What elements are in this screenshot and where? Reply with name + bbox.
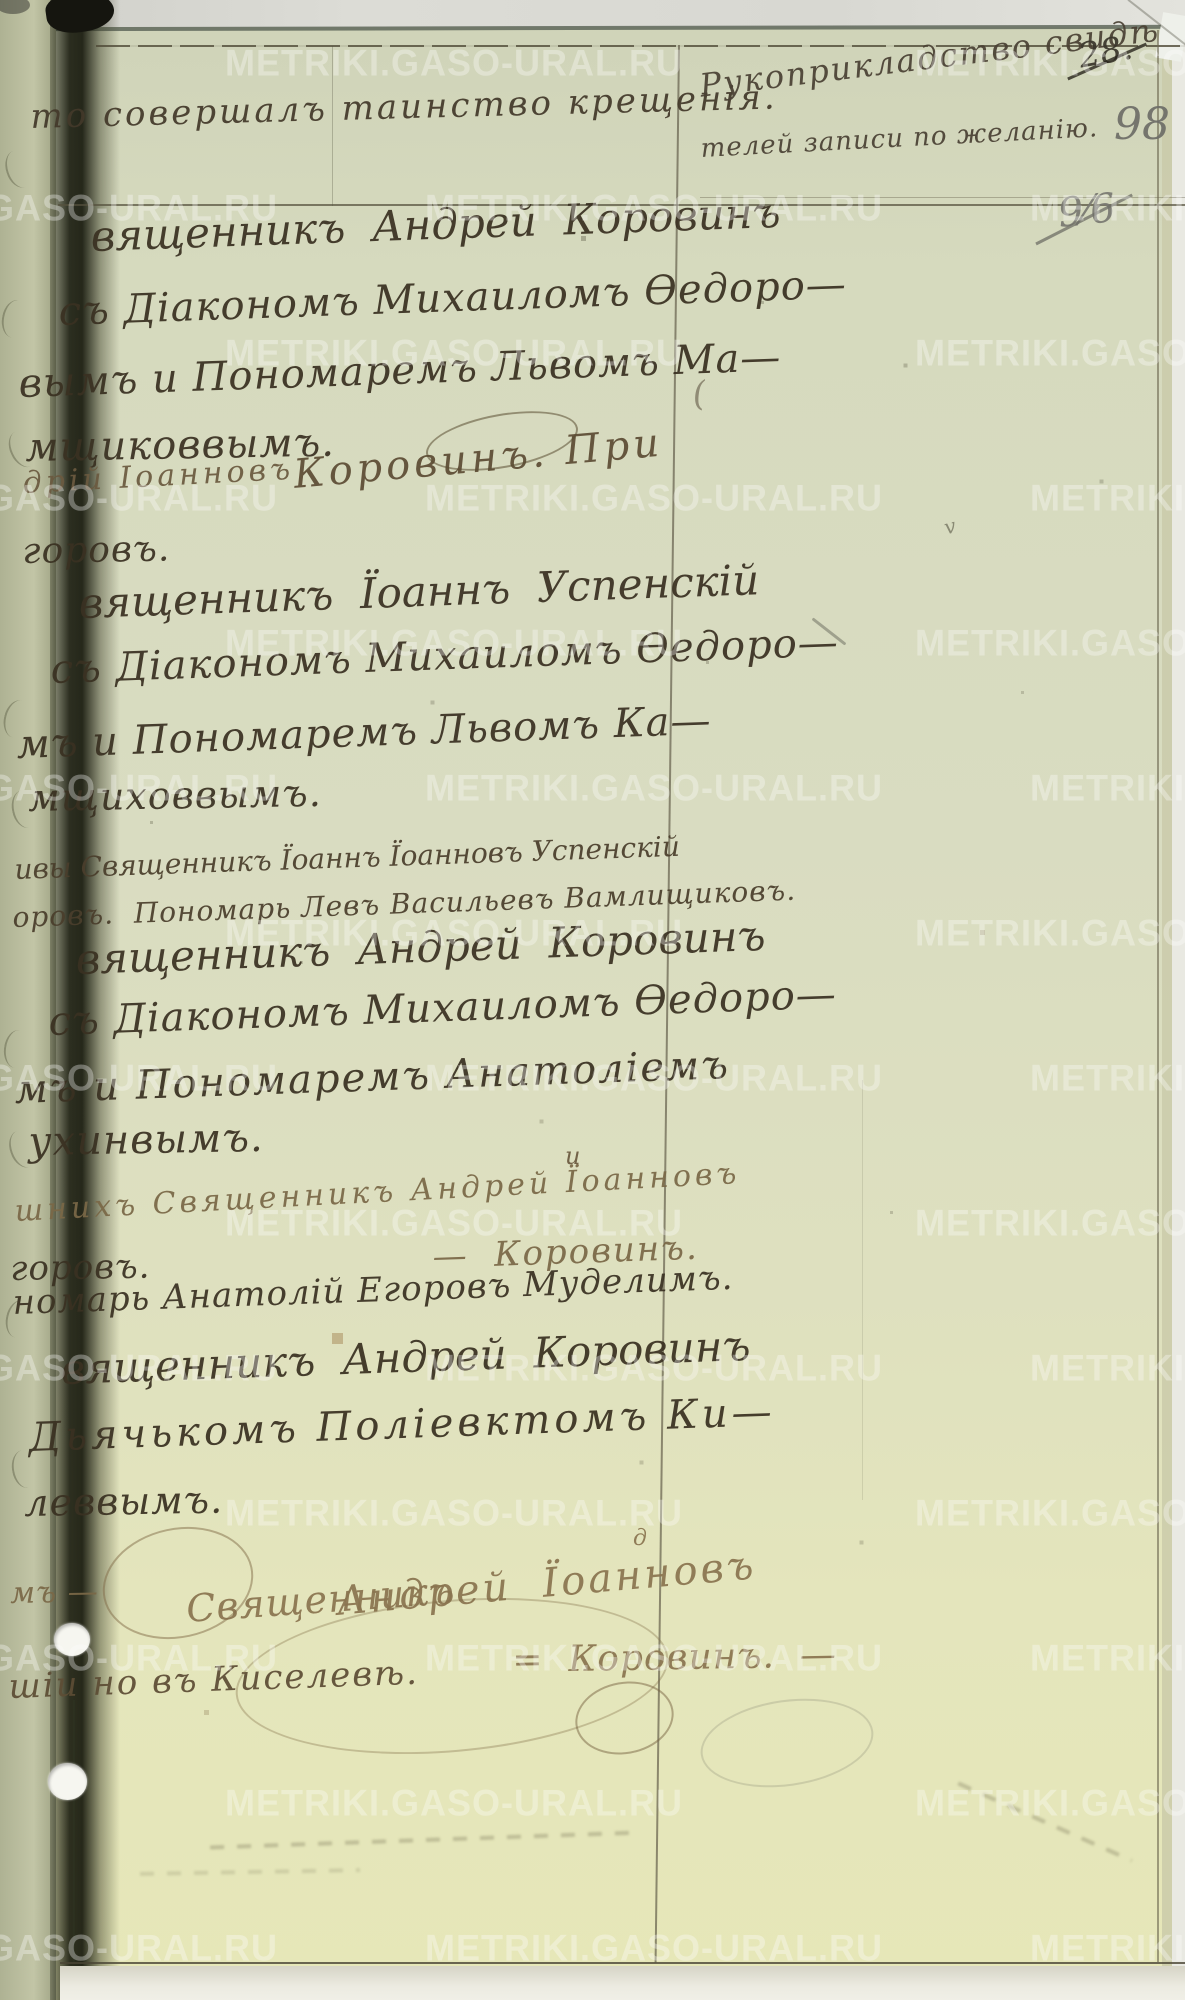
handwritten-line: леввымъ. [24,1481,223,1524]
handwritten-line: вымъ и Пономаремъ Львомъ Ма— [18,337,782,405]
handwritten-line: съ Діакономъ Михаиломъ Ѳедоро— [50,622,839,691]
scanned-document-page: то совершалъ таинство крещенія. Рукоприк… [0,0,1185,2000]
handwritten-line: горовъ. [22,530,171,570]
handwritten-line: ухинвымъ. [28,1118,264,1164]
handwritten-line: шнихъ Священникъ Андрей Їоанновъ [14,1158,741,1227]
handwritten-line: съ Діакономъ Михаиломъ Ѳедоро— [48,974,837,1043]
handwritten-line: Дьячькомъ Поліевктомъ Ки— [28,1392,776,1460]
handwritten-line: съ Діакономъ Михаиломъ Ѳедоро— [58,264,847,333]
handwritten-line: мщиховвымъ. [28,774,322,819]
punch-hole [48,1763,87,1800]
handwritten-line: ивы Священникъ Їоаннъ Їоанновъ Успенскій [14,832,680,884]
punch-hole [54,1623,90,1656]
handwritten-line: мъ и Пономаремъ Львомъ Ка— [16,701,712,767]
handwritten-line: вященникъ Андрей Коровинъ [90,191,781,259]
handwritten-line: вященникъ Їоаннъ Успенскій [78,558,760,625]
handwritten-line: мъ и Пономаремъ Анатоліемъ [14,1045,731,1112]
handwritten-line: v [942,515,958,538]
handwritten-line: мъ — [10,1576,99,1609]
handwritten-line: вященникъ Андрей Коровинъ [60,1324,751,1392]
handwritten-line: д [633,1528,647,1551]
